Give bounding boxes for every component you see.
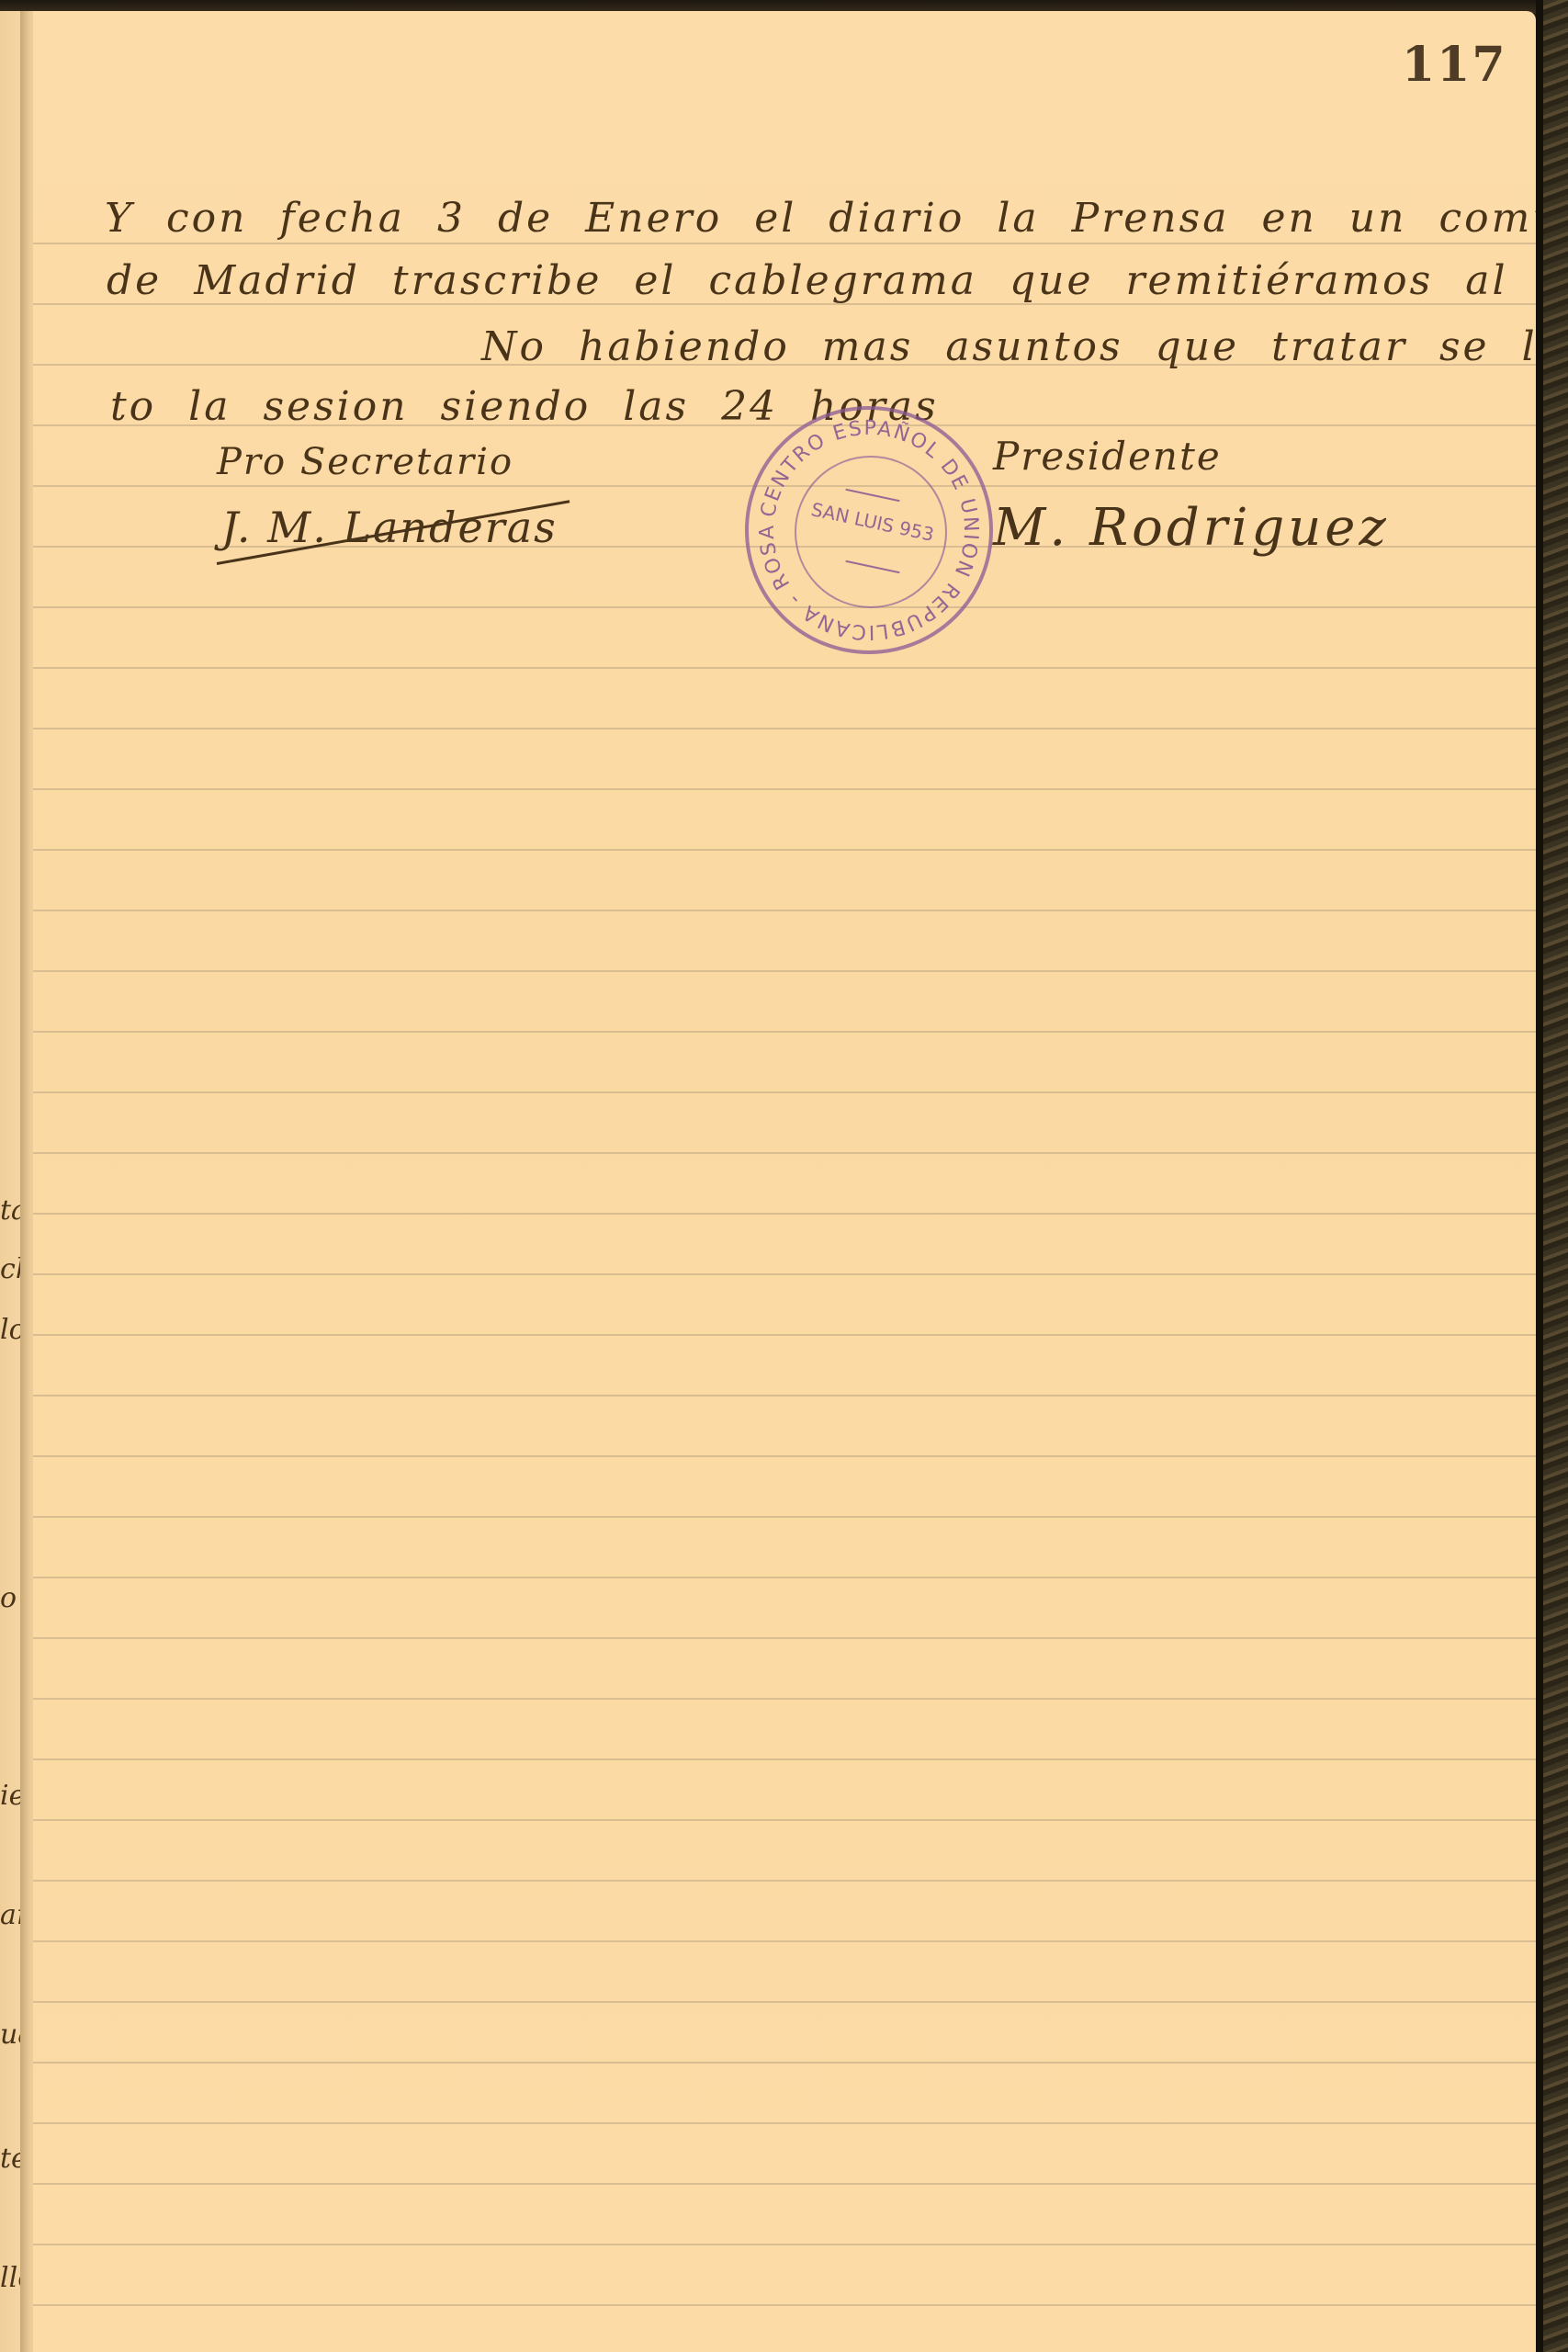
- president-title: Presidente: [993, 434, 1222, 479]
- ruled-line: [33, 1213, 1536, 1215]
- ruled-line: [33, 1152, 1536, 1154]
- ruled-line: [33, 2001, 1536, 2003]
- margin-fragment: o: [0, 1582, 17, 1614]
- ruled-line: [33, 1091, 1536, 1093]
- ruled-line: [33, 2122, 1536, 2124]
- ruled-line: [33, 1698, 1536, 1700]
- ruled-line: [33, 1031, 1536, 1033]
- ruled-line: [33, 788, 1536, 790]
- body-line-1: Y con fecha 3 de Enero el diario la Pren…: [105, 195, 1536, 242]
- ruled-line: [33, 1637, 1536, 1639]
- ruled-line: [33, 1819, 1536, 1821]
- body-line-2: de Madrid trascribe el cablegrama que re…: [107, 257, 1536, 304]
- ruled-line: [33, 2183, 1536, 2185]
- ruled-line: [33, 1334, 1536, 1336]
- secretary-signature: J. M. Landeras: [221, 503, 558, 552]
- ledger-page: 117 Y con fecha 3 de Enero el diario la …: [33, 11, 1536, 2352]
- secretary-title: Pro Secretario: [217, 441, 513, 483]
- ruled-line: [33, 1880, 1536, 1882]
- president-signature: M. Rodriguez: [993, 498, 1390, 558]
- ruled-line: [33, 1395, 1536, 1396]
- organization-stamp: CENTRO ESPAÑOL DE UNION REPUBLICANA - RO…: [745, 406, 993, 654]
- body-line-3: No habiendo mas asuntos que tratar se le…: [481, 323, 1536, 370]
- ruled-line: [33, 243, 1536, 244]
- ruled-line: [33, 2062, 1536, 2064]
- ruled-line: [33, 1940, 1536, 1942]
- ruled-line: [33, 667, 1536, 669]
- book-binding: [1543, 0, 1568, 2352]
- ruled-line: [33, 849, 1536, 851]
- ruled-line: [33, 1455, 1536, 1457]
- ruled-line: [33, 1516, 1536, 1518]
- page-number: 117: [1402, 37, 1507, 93]
- ruled-line: [33, 2304, 1536, 2306]
- ruled-line: [33, 910, 1536, 911]
- ruled-line: [33, 1577, 1536, 1578]
- ruled-line: [33, 2244, 1536, 2245]
- ruled-line: [33, 970, 1536, 972]
- ruled-line: [33, 1273, 1536, 1275]
- ruled-line: [33, 728, 1536, 729]
- ruled-line: [33, 1758, 1536, 1760]
